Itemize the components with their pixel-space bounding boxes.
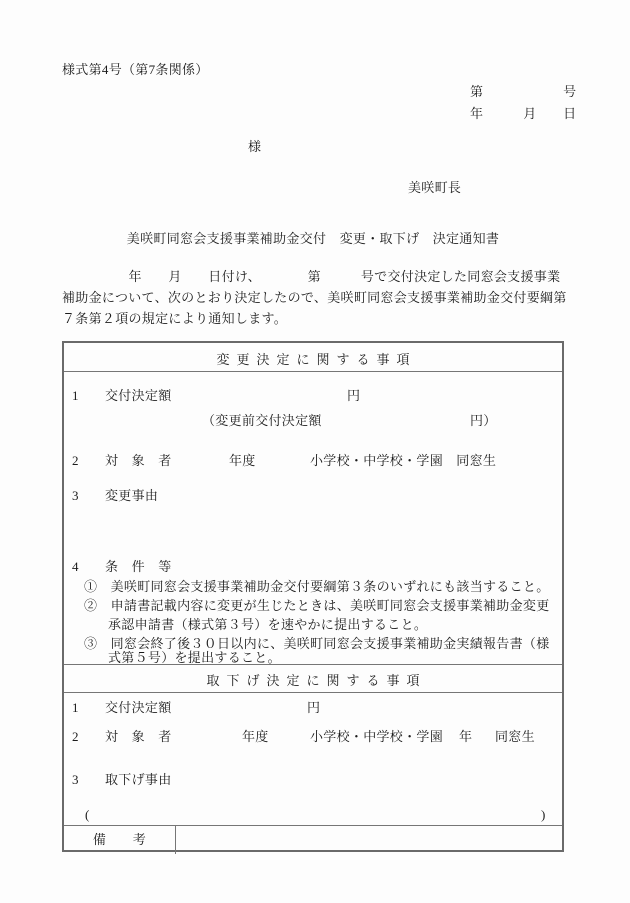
s2-row2-number: 2 bbox=[72, 729, 79, 744]
doc-number-line: 第 号 bbox=[470, 84, 576, 100]
document-page: 様式第4号（第7条関係） 第 号 年 月 日 様 美咲町長 美咲町同窓会支援事業… bbox=[0, 0, 630, 903]
body-paragraph-line-3: ７条第２項の規定により通知します。 bbox=[62, 311, 287, 327]
s2-row1-number: 1 bbox=[72, 700, 79, 715]
date-line: 年 月 日 bbox=[470, 106, 576, 122]
s1-row2-target: 小学校・中学校・学園 同窓生 bbox=[310, 453, 496, 468]
document-title: 美咲町同窓会支援事業補助金交付 変更・取下げ 決定通知書 bbox=[62, 231, 564, 247]
s1-row4-label: 条 件 等 bbox=[105, 559, 172, 574]
section1-header: 変更決定に関する事項 bbox=[64, 349, 562, 368]
s1-condition-1: ① 美咲町同窓会支援事業補助金交付要綱第３条のいずれにも該当すること。 bbox=[84, 579, 550, 594]
s1-row2-number: 2 bbox=[72, 453, 79, 468]
s1-condition-3-line1: ③ 同窓会終了後３０日以内に、美咲町同窓会支援事業補助金実績報告書（様 bbox=[84, 636, 550, 651]
s2-row1-unit: 円 bbox=[307, 700, 320, 715]
s1-row4-number: 4 bbox=[72, 559, 79, 574]
s2-row2-year-label: 年度 bbox=[242, 729, 269, 744]
issuer-name: 美咲町長 bbox=[408, 180, 461, 196]
s2-row1-label: 交付決定額 bbox=[105, 700, 172, 715]
form-number: 様式第4号（第7条関係） bbox=[62, 62, 209, 78]
s2-row2-alumni: 同窓生 bbox=[495, 729, 535, 744]
remarks-label: 備 考 bbox=[64, 832, 175, 847]
s2-row3-label: 取下げ事由 bbox=[105, 772, 172, 787]
decision-table: 変更決定に関する事項 1 交付決定額 円 （変更前交付決定額 円） 2 対 象 … bbox=[62, 341, 564, 852]
s2-row2-target: 小学校・中学校・学園 bbox=[310, 729, 443, 744]
s1-row2-year-label: 年度 bbox=[229, 453, 256, 468]
s2-row2-year-suffix: 年 bbox=[459, 729, 472, 744]
s1-row1-sub-label: （変更前交付決定額 bbox=[202, 413, 322, 428]
s1-row3-number: 3 bbox=[72, 488, 79, 503]
body-paragraph-line-1: 年 月 日付け、 第 号で交付決定した同窓会支援事業 bbox=[62, 269, 560, 285]
s1-row1-number: 1 bbox=[72, 388, 79, 403]
s1-row1-unit: 円 bbox=[347, 388, 360, 403]
s2-paren-close: ) bbox=[541, 807, 546, 822]
s2-paren-open: ( bbox=[85, 807, 90, 822]
s1-row2-label: 対 象 者 bbox=[105, 453, 172, 468]
remarks-value-cell bbox=[175, 825, 564, 852]
s1-condition-2-line2: 承認申請書（様式第３号）を速やかに提出すること。 bbox=[108, 617, 427, 632]
s1-condition-3-line2: 式第５号）を提出すること。 bbox=[108, 650, 281, 665]
s1-row1-sub-unit: 円） bbox=[470, 413, 497, 428]
body-paragraph-line-2: 補助金について、次のとおり決定したので、美咲町同窓会支援事業補助金交付要綱第 bbox=[62, 290, 567, 306]
s2-row2-label: 対 象 者 bbox=[105, 729, 172, 744]
s1-condition-2-line1: ② 申請書記載内容に変更が生じたときは、美咲町同窓会支援事業補助金変更 bbox=[84, 598, 550, 613]
s1-row3-label: 変更事由 bbox=[105, 488, 158, 503]
s1-row1-label: 交付決定額 bbox=[105, 388, 172, 403]
addressee-suffix: 様 bbox=[248, 139, 261, 155]
s2-row3-number: 3 bbox=[72, 772, 79, 787]
section2-header: 取下げ決定に関する事項 bbox=[64, 670, 562, 689]
divider-after-section1-header bbox=[64, 371, 562, 372]
divider-after-section2-header bbox=[64, 692, 562, 693]
